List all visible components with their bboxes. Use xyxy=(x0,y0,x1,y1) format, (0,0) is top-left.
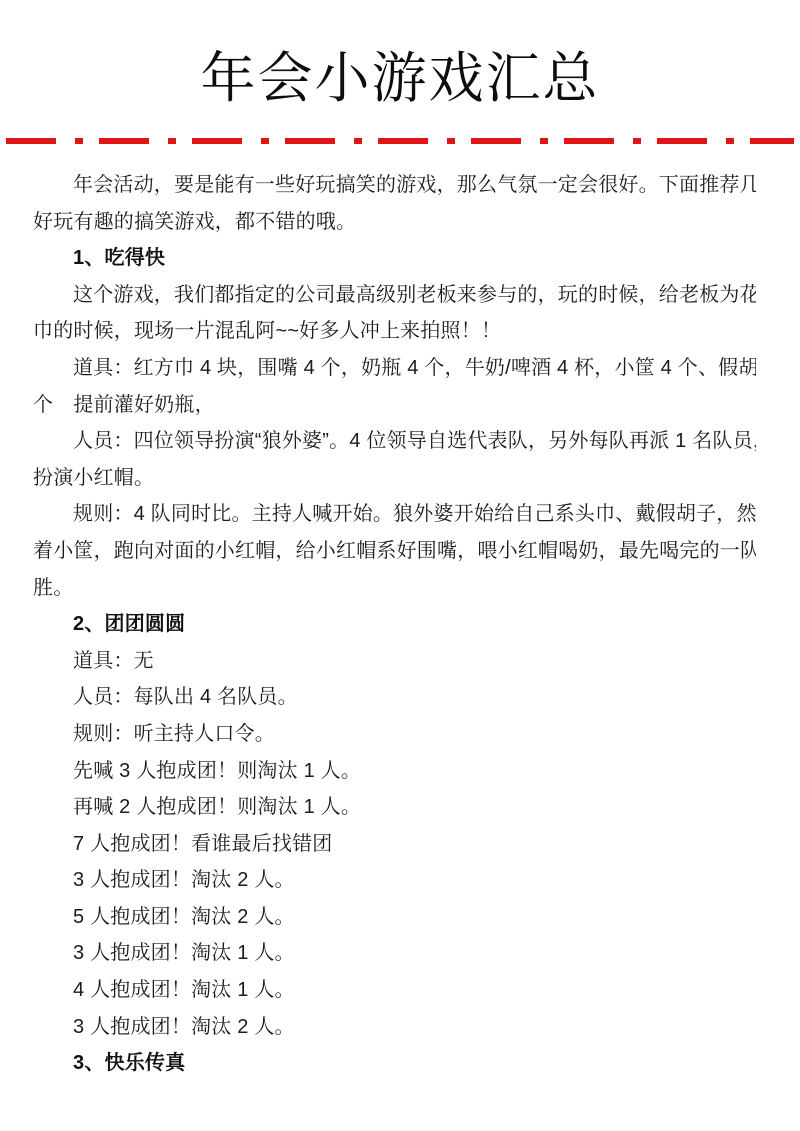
text-line: 年会活动，要是能有一些好玩搞笑的游戏，那么气氛一定会很好。下面推荐几个 xyxy=(33,167,756,204)
section-heading: 2、团团圆圆 xyxy=(33,606,756,643)
section-heading: 1、吃得快 xyxy=(33,240,756,277)
text-line: 人员：每队出 4 名队员。 xyxy=(33,679,756,716)
text-line: 先喊 3 人抱成团！则淘汰 1 人。 xyxy=(33,753,756,790)
text-line: 个 提前灌好奶瓶， xyxy=(33,387,756,424)
text-line: 着小筐，跑向对面的小红帽，给小红帽系好围嘴，喂小红帽喝奶，最先喝完的一队获 xyxy=(33,533,756,570)
text-line: 人员：四位领导扮演“狼外婆”。4 位领导自选代表队，另外每队再派 1 名队员， xyxy=(33,423,756,460)
text-line: 扮演小红帽。 xyxy=(33,460,756,497)
text-line: 规则：4 队同时比。主持人喊开始。狼外婆开始给自己系头巾、戴假胡子，然后背 xyxy=(33,496,756,533)
title-divider xyxy=(6,138,794,144)
text-line: 4 人抱成团！淘汰 1 人。 xyxy=(33,972,756,1009)
document-page: 年会小游戏汇总 年会活动，要是能有一些好玩搞笑的游戏，那么气氛一定会很好。下面推… xyxy=(0,0,800,1131)
text-line: 好玩有趣的搞笑游戏，都不错的哦。 xyxy=(33,204,756,241)
text-line: 3 人抱成团！淘汰 2 人。 xyxy=(33,862,756,899)
text-line: 道具：无 xyxy=(33,643,756,680)
document-body: 年会活动，要是能有一些好玩搞笑的游戏，那么气氛一定会很好。下面推荐几个好玩有趣的… xyxy=(0,167,800,1082)
text-line: 再喊 2 人抱成团！则淘汰 1 人。 xyxy=(33,789,756,826)
text-line: 5 人抱成团！淘汰 2 人。 xyxy=(33,899,756,936)
text-line: 胜。 xyxy=(33,570,756,607)
text-line: 这个游戏，我们都指定的公司最高级别老板来参与的，玩的时候，给老板为花头 xyxy=(33,277,756,314)
text-line: 规则：听主持人口令。 xyxy=(33,716,756,753)
text-line: 道具：红方巾 4 块，围嘴 4 个，奶瓶 4 个，牛奶/啤酒 4 杯，小筐 4 … xyxy=(33,350,756,387)
text-line: 3 人抱成团！淘汰 2 人。 xyxy=(33,1009,756,1046)
text-line: 巾的时候，现场一片混乱阿~~好多人冲上来拍照！！ xyxy=(33,313,756,350)
text-line: 7 人抱成团！看谁最后找错团 xyxy=(33,826,756,863)
section-heading: 3、快乐传真 xyxy=(33,1045,756,1082)
page-title: 年会小游戏汇总 xyxy=(0,46,800,112)
text-line: 3 人抱成团！淘汰 1 人。 xyxy=(33,935,756,972)
